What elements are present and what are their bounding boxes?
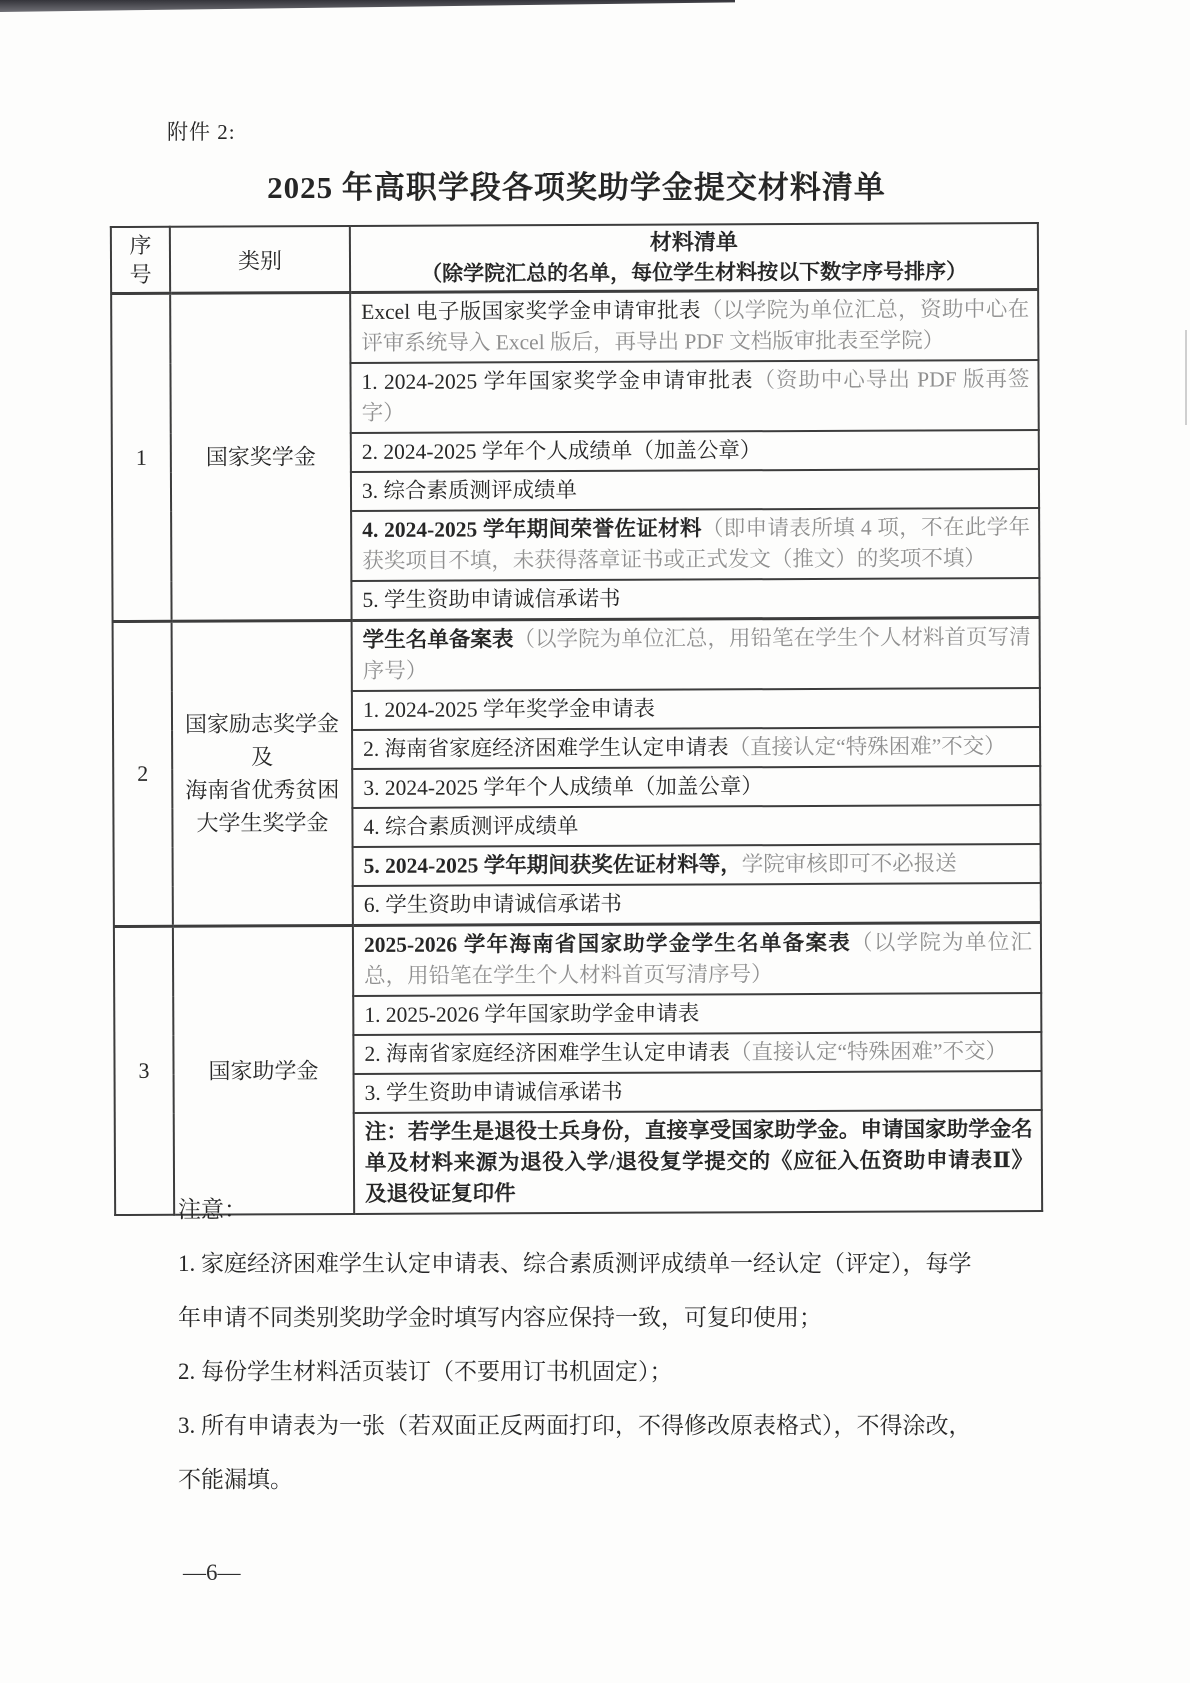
material-text-segment: 学生名单备案表 <box>363 627 514 652</box>
material-item-cell: Excel 电子版国家奖学金申请审批表（以学院为单位汇总，资助中心在评审系统导入… <box>350 289 1038 363</box>
notes-section: 注意： 1. 家庭经济困难学生认定申请表、综合素质测评成绩单一经认定（评定），每… <box>178 1183 1058 1507</box>
note-line: 1. 家庭经济困难学生认定申请表、综合素质测评成绩单一经认定（评定），每学 <box>178 1237 1058 1291</box>
material-item-cell: 2025-2026 学年海南省国家助学金学生名单备案表（以学院为单位汇总，用铅笔… <box>353 922 1041 996</box>
page-number: —6— <box>183 1560 241 1586</box>
material-text-segment: 4. 综合素质测评成绩单 <box>363 814 578 839</box>
material-item-cell: 4. 综合素质测评成绩单 <box>352 805 1040 847</box>
material-text-segment: 1. 2024-2025 学年国家奖学金申请审批表 <box>361 368 753 394</box>
material-item-cell: 3. 综合素质测评成绩单 <box>351 469 1039 511</box>
material-text-segment: 1. 2025-2026 学年国家助学金申请表 <box>364 1001 699 1026</box>
scan-artifact-top-edge <box>0 0 735 13</box>
material-item-cell: 3. 2024-2025 学年个人成绩单（加盖公章） <box>352 766 1040 808</box>
header-materials-subtitle: （除学院汇总的名单，每位学生材料按以下数字序号排序） <box>357 256 1031 289</box>
notes-list: 1. 家庭经济困难学生认定申请表、综合素质测评成绩单一经认定（评定），每学年申请… <box>178 1237 1058 1507</box>
material-text-segment: 2025-2026 学年海南省国家助学金学生名单备案表 <box>364 931 851 957</box>
material-text-segment: 6. 学生资助申请诚信承诺书 <box>364 892 622 917</box>
note-line: 年申请不同类别奖助学金时填写内容应保持一致，可复印使用； <box>178 1291 1058 1345</box>
note-line: 2. 每份学生材料活页装订（不要用订书机固定）； <box>178 1345 1058 1399</box>
table-row: 2国家励志奖学金及海南省优秀贫困大学生奖学金学生名单备案表（以学院为单位汇总，用… <box>113 617 1040 692</box>
material-text-segment: Excel 电子版国家奖学金申请审批表 <box>361 298 701 323</box>
category-line: 及 <box>177 740 347 774</box>
note-line: 3. 所有申请表为一张（若双面正反两面打印，不得修改原表格式），不得涂改， <box>178 1399 1058 1453</box>
category-line: 国家励志奖学金 <box>177 707 347 741</box>
material-text-segment: （直接认定“特殊困难”不交） <box>730 1039 1007 1064</box>
material-item-cell: 2. 海南省家庭经济困难学生认定申请表（直接认定“特殊困难”不交） <box>352 727 1040 769</box>
note-item: 2. 每份学生材料活页装订（不要用订书机固定）； <box>178 1345 1058 1399</box>
table-header-row: 序号 类别 材料清单 （除学院汇总的名单，每位学生材料按以下数字序号排序） <box>111 223 1038 294</box>
material-text-segment: 5. 2024-2025 学年期间获奖佐证材料等， <box>364 852 742 878</box>
material-item-cell: 1. 2024-2025 学年国家奖学金申请审批表（资助中心导出 PDF 版再签… <box>350 360 1038 433</box>
material-item-cell: 学生名单备案表（以学院为单位汇总，用铅笔在学生个人材料首页写清序号） <box>352 617 1040 691</box>
material-text-segment: 2. 2024-2025 学年个人成绩单（加盖公章） <box>362 438 762 464</box>
material-text-segment: 学院审核即可不必报送 <box>742 851 957 876</box>
material-item-cell: 3. 学生资助申请诚信承诺书 <box>354 1071 1042 1113</box>
materials-table-head: 序号 类别 材料清单 （除学院汇总的名单，每位学生材料按以下数字序号排序） <box>111 223 1038 294</box>
attachment-label: 附件 2: <box>167 116 236 146</box>
header-category: 类别 <box>170 226 350 293</box>
material-item-cell: 6. 学生资助申请诚信承诺书 <box>353 883 1041 926</box>
header-materials: 材料清单 （除学院汇总的名单，每位学生材料按以下数字序号排序） <box>350 223 1038 293</box>
sequence-number-cell: 1 <box>111 293 171 621</box>
note-item: 1. 家庭经济困难学生认定申请表、综合素质测评成绩单一经认定（评定），每学年申请… <box>178 1237 1058 1345</box>
material-text-segment: （直接认定“特殊困难”不交） <box>729 734 1006 759</box>
category-cell: 国家助学金 <box>173 925 354 1214</box>
material-text-segment: 5. 学生资助申请诚信承诺书 <box>362 587 620 612</box>
header-materials-title: 材料清单 <box>357 226 1031 259</box>
material-item-cell: 2. 海南省家庭经济困难学生认定申请表（直接认定“特殊困难”不交） <box>353 1032 1041 1074</box>
material-text-segment: 3. 学生资助申请诚信承诺书 <box>365 1080 623 1105</box>
category-line: 国家助学金 <box>178 1053 348 1087</box>
category-line: 国家奖学金 <box>176 440 346 474</box>
scan-artifact-right-edge <box>1185 330 1187 425</box>
material-item-cell: 1. 2025-2026 学年国家助学金申请表 <box>353 993 1041 1035</box>
category-line: 大学生奖学金 <box>177 806 347 840</box>
table-row: 1国家奖学金Excel 电子版国家奖学金申请审批表（以学院为单位汇总，资助中心在… <box>111 289 1038 364</box>
header-seq-number-label: 序号 <box>127 231 153 289</box>
material-item-cell: 1. 2024-2025 学年奖学金申请表 <box>352 688 1040 730</box>
category-cell: 国家奖学金 <box>170 292 351 621</box>
material-text-segment: 1. 2024-2025 学年奖学金申请表 <box>363 697 655 722</box>
materials-table: 序号 类别 材料清单 （除学院汇总的名单，每位学生材料按以下数字序号排序） 1国… <box>110 222 1043 1216</box>
materials-table-body: 1国家奖学金Excel 电子版国家奖学金申请审批表（以学院为单位汇总，资助中心在… <box>111 289 1042 1215</box>
document-page: 附件 2: 2025 年高职学段各项奖助学金提交材料清单 序号 类别 材料清单 … <box>0 0 1190 1683</box>
sequence-number-cell: 3 <box>114 926 174 1215</box>
header-category-label: 类别 <box>238 248 282 273</box>
material-text-segment: 3. 综合素质测评成绩单 <box>362 478 577 503</box>
material-item-cell: 5. 学生资助申请诚信承诺书 <box>351 578 1039 621</box>
category-cell: 国家励志奖学金及海南省优秀贫困大学生奖学金 <box>172 620 353 926</box>
table-row: 3国家助学金2025-2026 学年海南省国家助学金学生名单备案表（以学院为单位… <box>114 922 1041 997</box>
material-item-cell: 5. 2024-2025 学年期间获奖佐证材料等，学院审核即可不必报送 <box>353 844 1041 886</box>
note-line: 不能漏填。 <box>178 1453 1058 1507</box>
material-text-segment: 2. 海南省家庭经济困难学生认定申请表 <box>364 1040 730 1066</box>
material-text-segment: 2. 海南省家庭经济困难学生认定申请表 <box>363 735 729 761</box>
material-text-segment: 3. 2024-2025 学年个人成绩单（加盖公章） <box>363 774 763 800</box>
sequence-number-cell: 2 <box>113 621 173 926</box>
category-line: 海南省优秀贫困 <box>177 773 347 807</box>
notes-title: 注意： <box>178 1183 1058 1237</box>
document-title: 2025 年高职学段各项奖助学金提交材料清单 <box>112 162 1041 207</box>
material-item-cell: 4. 2024-2025 学年期间荣誉佐证材料（即申请表所填 4 项，不在此学年… <box>351 508 1039 581</box>
material-item-cell: 2. 2024-2025 学年个人成绩单（加盖公章） <box>351 430 1039 472</box>
material-text-segment: 4. 2024-2025 学年期间荣誉佐证材料 <box>362 516 702 541</box>
header-seq-number: 序号 <box>111 227 170 294</box>
note-item: 3. 所有申请表为一张（若双面正反两面打印，不得修改原表格式），不得涂改，不能漏… <box>178 1399 1058 1507</box>
